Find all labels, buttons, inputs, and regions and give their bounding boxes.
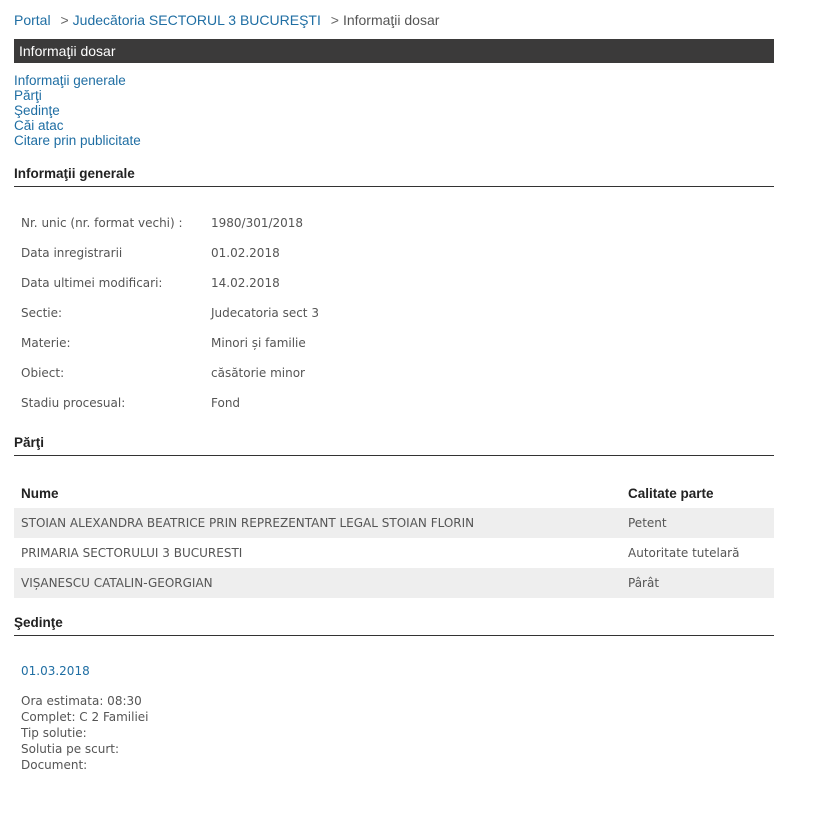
section-heading-parti: Părţi (14, 435, 774, 456)
info-row: Data inregistrarii01.02.2018 (21, 238, 319, 268)
table-header-row: Nume Calitate parte (14, 478, 774, 508)
breadcrumb-separator: > (331, 12, 339, 28)
info-row: Nr. unic (nr. format vechi) :1980/301/20… (21, 208, 319, 238)
breadcrumb-court-link[interactable]: Judecătoria SECTORUL 3 BUCUREŞTI (73, 12, 321, 28)
breadcrumb-separator: > (60, 12, 68, 28)
hearing-document: Document: (21, 757, 149, 773)
breadcrumb-portal-link[interactable]: Portal (14, 12, 51, 28)
table-row: PRIMARIA SECTORULUI 3 BUCURESTI Autorita… (14, 538, 774, 568)
nav-citare-publicitate[interactable]: Citare prin publicitate (14, 133, 141, 148)
info-row: Obiect:căsătorie minor (21, 358, 319, 388)
info-label: Data inregistrarii (21, 238, 211, 268)
info-value: Minori și familie (211, 328, 306, 358)
info-value: căsătorie minor (211, 358, 305, 388)
info-row: Stadiu procesual:Fond (21, 388, 319, 418)
hearing-solution-summary: Solutia pe scurt: (21, 741, 149, 757)
info-value: Fond (211, 388, 240, 418)
hearing-date: 01.03.2018 (21, 664, 149, 678)
party-name: STOIAN ALEXANDRA BEATRICE PRIN REPREZENT… (14, 508, 621, 538)
party-name: VIȘANESCU CATALIN-GEORGIAN (14, 568, 621, 598)
info-value: 1980/301/2018 (211, 208, 303, 238)
column-header-calitate: Calitate parte (621, 478, 774, 508)
breadcrumb: Portal >Judecătoria SECTORUL 3 BUCUREŞTI… (14, 12, 439, 28)
nav-sedinte[interactable]: Şedinţe (14, 103, 141, 118)
info-value: 01.02.2018 (211, 238, 280, 268)
table-row: STOIAN ALEXANDRA BEATRICE PRIN REPREZENT… (14, 508, 774, 538)
info-value: Judecatoria sect 3 (211, 298, 319, 328)
info-label: Materie: (21, 328, 211, 358)
parti-table: Nume Calitate parte STOIAN ALEXANDRA BEA… (14, 478, 774, 598)
hearing-item: 01.03.2018 Ora estimata: 08:30 Complet: … (21, 664, 149, 773)
nav-informatii-generale[interactable]: Informaţii generale (14, 73, 141, 88)
info-label: Obiect: (21, 358, 211, 388)
section-nav: Informaţii generale Părţi Şedinţe Căi at… (14, 73, 141, 148)
section-heading-informatii: Informaţii generale (14, 166, 774, 187)
nav-parti[interactable]: Părţi (14, 88, 141, 103)
table-row: VIȘANESCU CATALIN-GEORGIAN Pârât (14, 568, 774, 598)
hearing-solution-type: Tip solutie: (21, 725, 149, 741)
hearing-panel: Complet: C 2 Familiei (21, 709, 149, 725)
party-role: Petent (621, 508, 774, 538)
info-label: Stadiu procesual: (21, 388, 211, 418)
party-role: Autoritate tutelară (621, 538, 774, 568)
hearing-time: Ora estimata: 08:30 (21, 693, 149, 709)
section-heading-sedinte: Şedinţe (14, 615, 774, 636)
breadcrumb-current: Informaţii dosar (343, 12, 439, 28)
info-label: Data ultimei modificari: (21, 268, 211, 298)
party-name: PRIMARIA SECTORULUI 3 BUCURESTI (14, 538, 621, 568)
info-row: Materie:Minori și familie (21, 328, 319, 358)
info-label: Sectie: (21, 298, 211, 328)
info-label: Nr. unic (nr. format vechi) : (21, 208, 211, 238)
info-row: Data ultimei modificari:14.02.2018 (21, 268, 319, 298)
column-header-nume: Nume (14, 478, 621, 508)
page-title: Informaţii dosar (14, 39, 774, 63)
info-row: Sectie:Judecatoria sect 3 (21, 298, 319, 328)
party-role: Pârât (621, 568, 774, 598)
general-info-table: Nr. unic (nr. format vechi) :1980/301/20… (21, 208, 319, 418)
nav-cai-atac[interactable]: Căi atac (14, 118, 141, 133)
info-value: 14.02.2018 (211, 268, 280, 298)
